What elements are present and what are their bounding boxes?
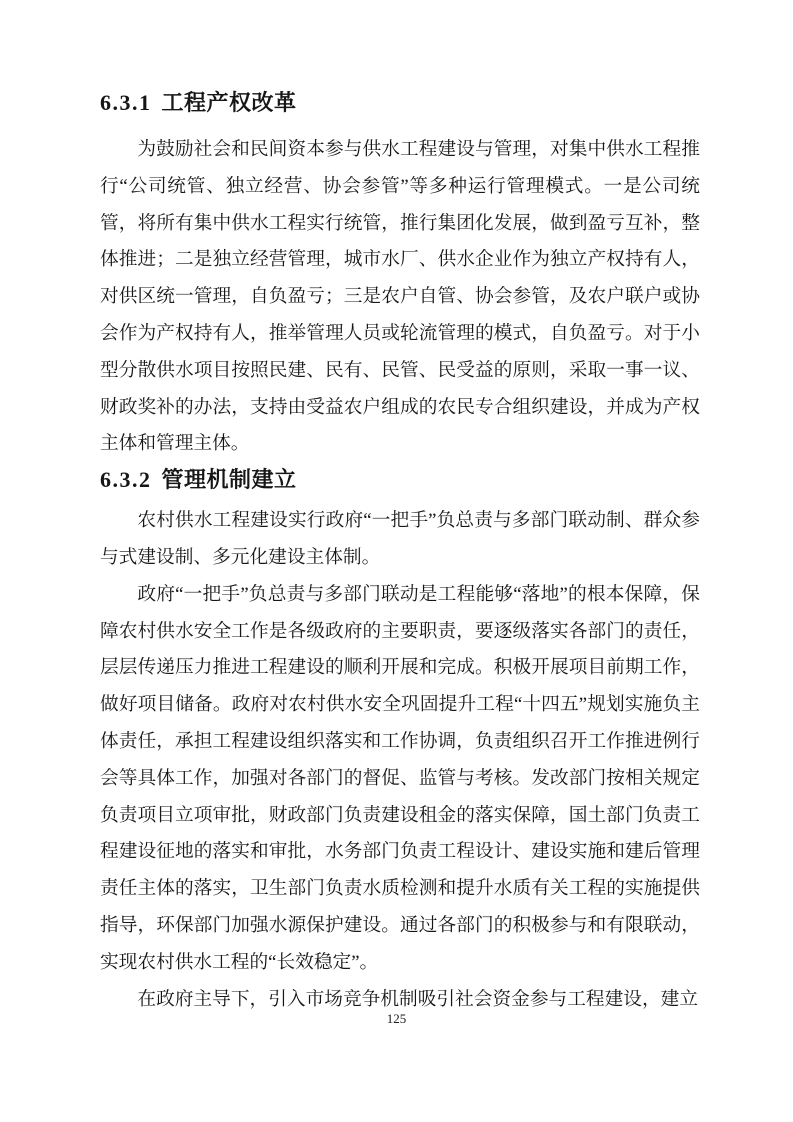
section-number: 6.3.1 xyxy=(100,90,152,115)
page-content: 6.3.1工程产权改革 为鼓励社会和民间资本参与供水工程建设与管理，对集中供水工… xyxy=(100,88,700,1018)
section-heading-6-3-1: 6.3.1工程产权改革 xyxy=(100,88,700,118)
paragraph: 农村供水工程建设实行政府“一把手”负总责与多部门联动制、群众参与式建设制、多元化… xyxy=(100,503,700,577)
section-number: 6.3.2 xyxy=(100,467,152,492)
paragraph: 为鼓励社会和民间资本参与供水工程建设与管理，对集中供水工程推行“公司统管、独立经… xyxy=(100,132,700,463)
document-page: 6.3.1工程产权改革 为鼓励社会和民间资本参与供水工程建设与管理，对集中供水工… xyxy=(0,0,793,1122)
section-title: 管理机制建立 xyxy=(162,467,297,492)
section-heading-6-3-2: 6.3.2管理机制建立 xyxy=(100,465,700,495)
paragraph: 政府“一把手”负总责与多部门联动是工程能够“落地”的根本保障，保障农村供水安全工… xyxy=(100,577,700,982)
page-number: 125 xyxy=(0,1011,793,1027)
section-title: 工程产权改革 xyxy=(162,90,297,115)
